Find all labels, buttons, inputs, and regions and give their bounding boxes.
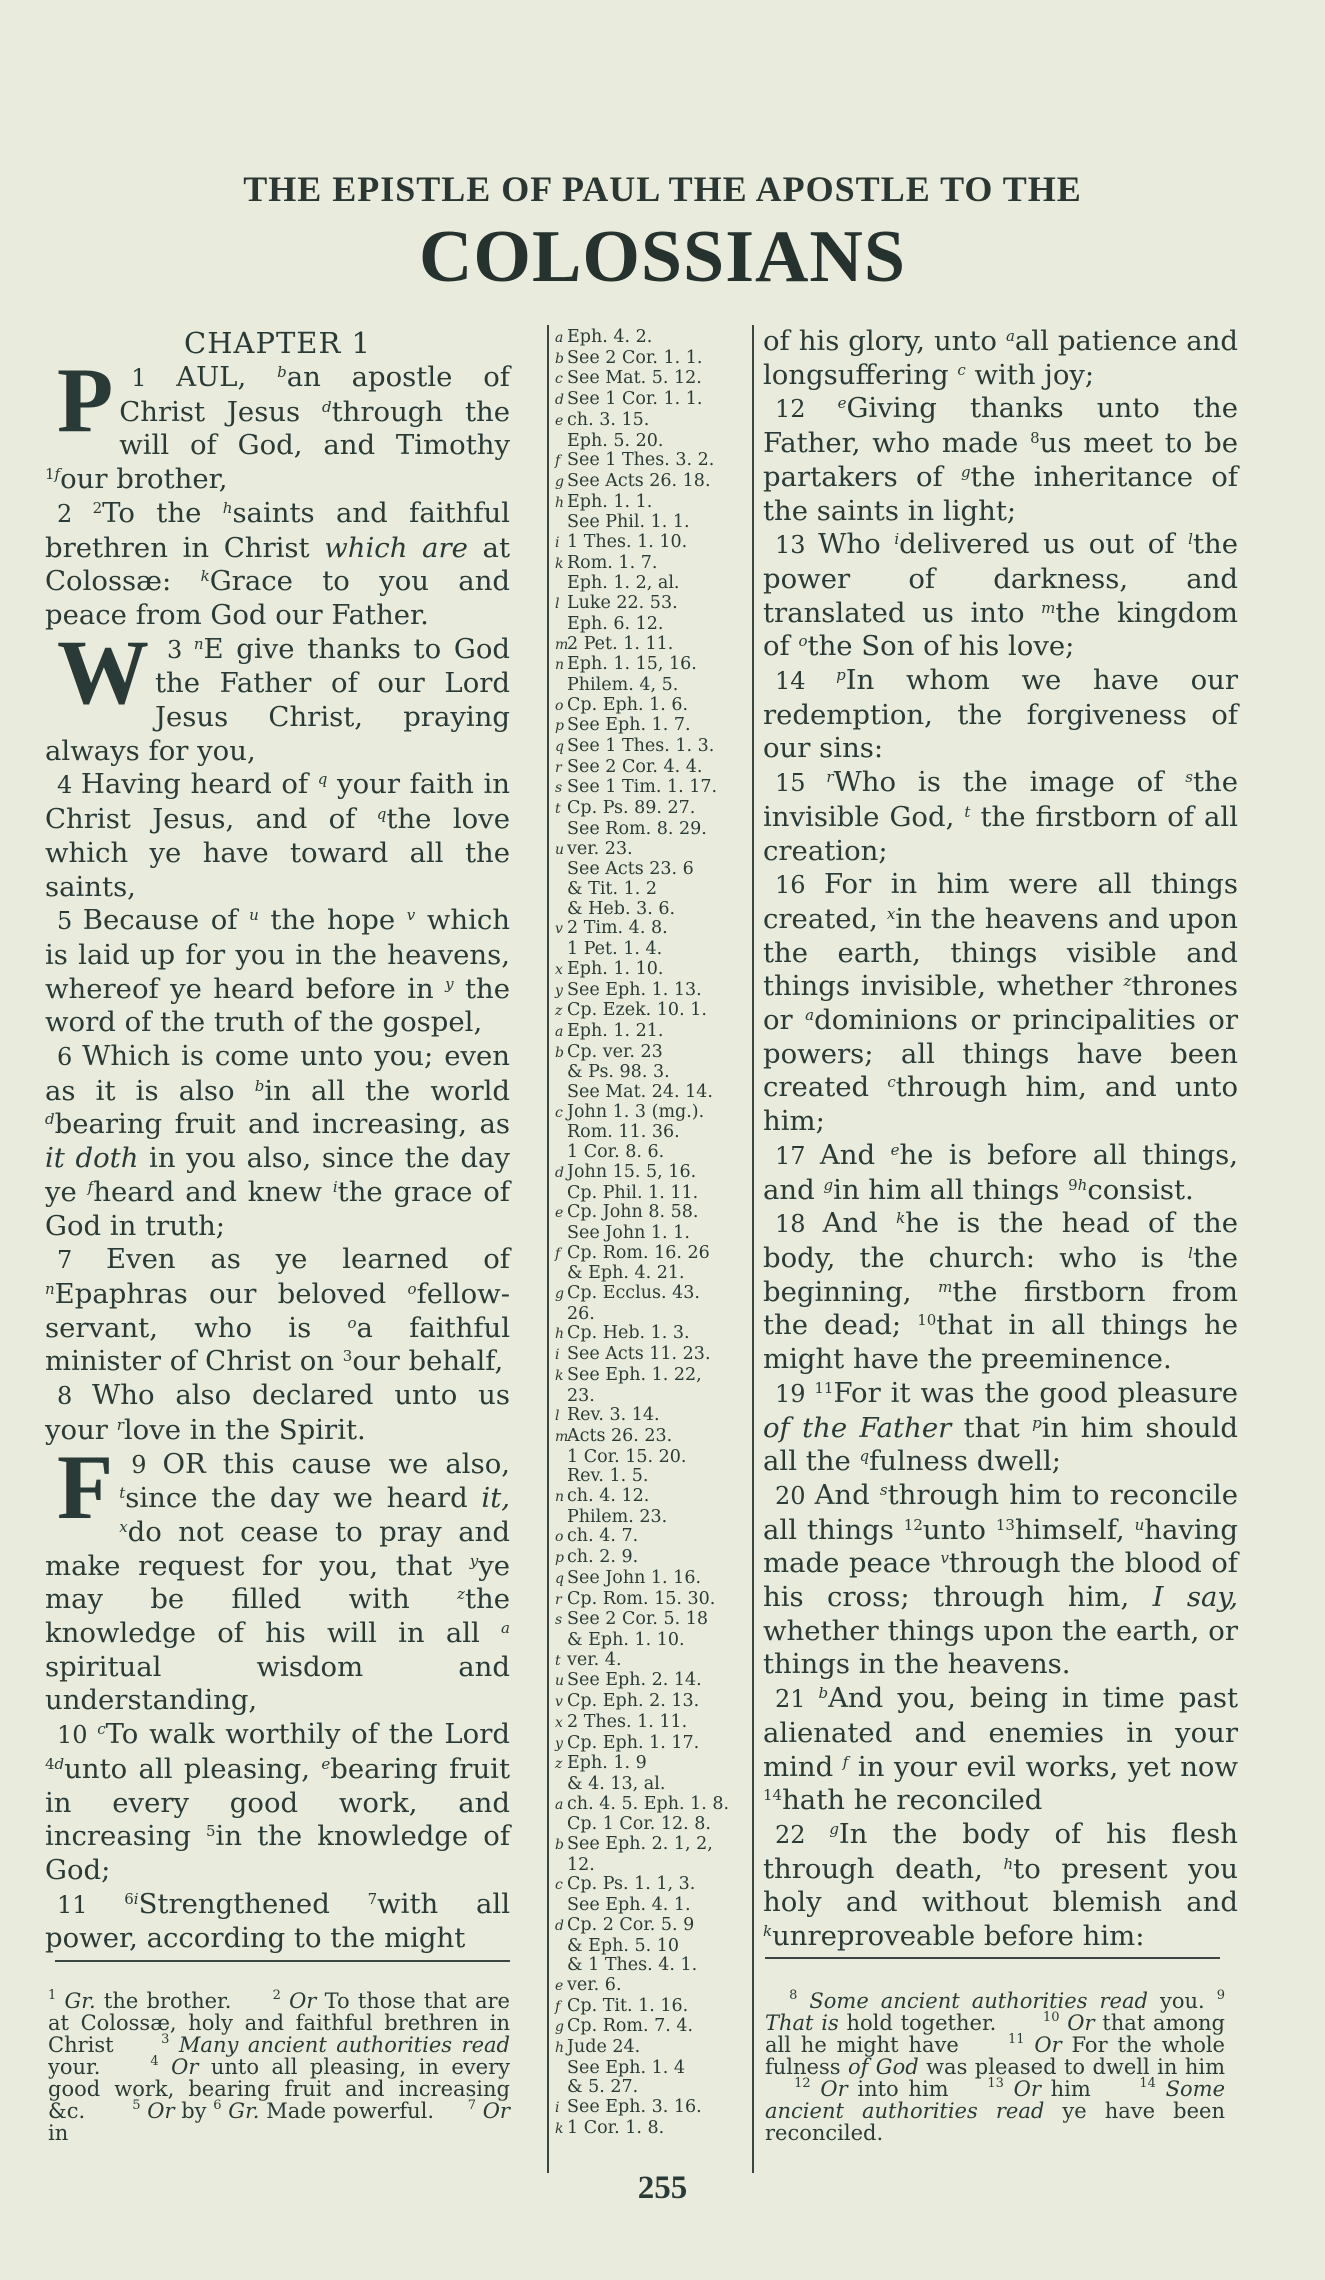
drop-cap: F [45,1452,113,1522]
verses-left: 1 PAUL, ban apostle of Christ Jesus dthr… [45,361,510,1956]
verse-number: 6 [57,1043,82,1071]
cross-reference: fCp. Rom. 16. 26 [555,1244,740,1265]
cross-reference: dCp. 2 Cor. 5. 9 [555,1916,740,1937]
verse: 9 FOR this cause we also, tsince the day… [45,1448,510,1719]
cross-reference: gSee Acts 26. 18. [555,472,740,493]
verse-text: rWho is the image of sthe invisible God,… [763,766,1238,866]
cross-references-column: aEph. 4. 2.bSee 2 Cor. 1. 1.cSee Mat. 5.… [555,328,740,2140]
verse-text: gIn the body of his flesh through death,… [763,1818,1238,1952]
cross-reference: 12. [555,1856,740,1876]
verse-number: 9 [131,1451,162,1479]
verse-number: 12 [775,395,838,423]
cross-reference: ech. 3. 15. [555,411,740,432]
cross-reference: cSee Mat. 5. 12. [555,369,740,390]
cross-reference: & 5. 27. [555,2078,740,2098]
cross-reference: dSee 1 Cor. 1. 1. [555,390,740,411]
cross-reference: qSee 1 Thes. 1. 3. [555,737,740,758]
cross-reference: & Tit. 1. 2 [555,880,740,900]
cross-reference: sSee 1 Tim. 1. 17. [555,778,740,799]
verse: 2 2To the hsaints and faithful brethren … [45,497,510,633]
verse: 14 pIn whom we have our redemption, the … [763,664,1238,766]
drop-cap: P [45,365,113,435]
cross-reference: tver. 4. [555,1651,740,1672]
verse-text: Having heard of q your faith in Christ J… [45,768,510,902]
verse: 16 For in him were all things created, x… [763,868,1238,1139]
cross-reference: 26. [555,1305,740,1325]
verse: 19 11For it was the good pleasure of the… [763,1377,1238,1479]
verse: 1 PAUL, ban apostle of Christ Jesus dthr… [45,361,510,497]
cross-reference: aEph. 4. 2. [555,328,740,349]
verse-number: 4 [57,771,81,799]
cross-reference: Rev. 1. 5. [555,1467,740,1487]
cross-reference: kRom. 1. 7. [555,554,740,575]
verse: of his glory, unto aall patience and lon… [763,325,1238,392]
cross-reference: fSee 1 Thes. 3. 2. [555,451,740,472]
cross-reference: Eph. 1. 2, al. [555,574,740,594]
cross-reference: iSee Eph. 3. 16. [555,2098,740,2119]
column-divider-right [752,325,754,2173]
cross-reference: kSee Eph. 1. 22, [555,1366,740,1387]
cross-reference: See John 1. 1. [555,1224,740,1244]
cross-reference: zEph. 1. 9 [555,1754,740,1775]
verse: 20 And sthrough him to reconcile all thi… [763,1479,1238,1682]
cross-reference: oCp. Eph. 1. 6. [555,696,740,717]
verse-text: bAnd you, being in time past alienated a… [763,1682,1238,1816]
verse-number: 1 [131,364,176,392]
cross-reference: bSee 2 Cor. 1. 1. [555,349,740,370]
verse: 8 Who also declared unto us your rlove i… [45,1379,510,1447]
verse: 5 Because of u the hope v which is laid … [45,904,510,1040]
cross-reference: fCp. Tit. 1. 16. [555,1997,740,2018]
cross-reference: 1 Pet. 1. 4. [555,940,740,960]
footnote-rule-left [55,1960,510,1962]
cross-reference: nEph. 1. 15, 16. [555,655,740,676]
cross-reference: & 4. 13, al. [555,1775,740,1795]
cross-reference: 23. [555,1387,740,1407]
cross-reference: pSee Eph. 1. 7. [555,716,740,737]
verse-number: 2 [57,500,93,528]
cross-reference: m2 Pet. 1. 11. [555,635,740,656]
cross-reference: k1 Cor. 1. 8. [555,2119,740,2140]
bible-page: THE EPISTLE OF PAUL THE APOSTLE TO THE C… [0,0,1325,2280]
cross-reference: lRev. 3. 14. [555,1406,740,1427]
book-title: COLOSSIANS [0,215,1325,300]
footnotes-right: 8 Some ancient authorities read you. 9 T… [765,1990,1225,2144]
cross-reference: dJohn 15. 5, 16. [555,1163,740,1184]
epistle-title-line: THE EPISTLE OF PAUL THE APOSTLE TO THE [0,168,1325,210]
cross-reference: uver. 23. [555,840,740,861]
verse-text: Even as ye learned of nEpaphras our belo… [45,1243,510,1377]
verse: 3 nWE give thanks to God the Father of o… [45,633,510,769]
right-text-column: of his glory, unto aall patience and lon… [763,325,1238,1954]
cross-reference: & Ps. 98. 3. [555,1063,740,1083]
cross-reference: rSee 2 Cor. 4. 4. [555,758,740,779]
verse-text: And khe is the head of the body, the chu… [763,1207,1238,1375]
verse-number: 22 [775,1821,829,1849]
verse-number: 8 [57,1382,92,1410]
verse-text: Because of u the hope v which is laid up… [45,904,510,1038]
cross-reference: hJude 24. [555,2038,740,2059]
cross-reference: yCp. Eph. 1. 17. [555,1734,740,1755]
cross-reference: hEph. 1. 1. [555,493,740,514]
cross-reference: iSee Acts 11. 23. [555,1345,740,1366]
verse-text: For in him were all things created, xin … [763,868,1238,1137]
verse: 22 gIn the body of his flesh through dea… [763,1818,1238,1954]
verse-number: 11 [57,1891,124,1919]
cross-reference: sSee 2 Cor. 5. 18 [555,1610,740,1631]
verse-number: 7 [57,1246,106,1274]
verse-number: 5 [57,907,83,935]
verse-number: 19 [775,1380,814,1408]
verse-number: 21 [775,1685,819,1713]
cross-reference: qSee John 1. 16. [555,1569,740,1590]
verse-text: Who also declared unto us your rlove in … [45,1379,510,1446]
cross-reference: tCp. Ps. 89. 27. [555,799,740,820]
chapter-heading: CHAPTER 1 [45,325,510,361]
verse-text: of his glory, unto aall patience and lon… [763,325,1238,391]
cross-reference: bCp. ver. 23 [555,1043,740,1064]
cross-reference: gCp. Rom. 7. 4. [555,2017,740,2038]
verse-number: 13 [775,531,818,559]
verse: 17 And ehe is before all things, and gin… [763,1139,1238,1207]
column-divider-left [547,325,549,2173]
verse-text: 11For it was the good pleasure of the Fa… [763,1377,1238,1477]
cross-reference: Philem. 23. [555,1508,740,1528]
cross-reference: gCp. Ecclus. 43. [555,1284,740,1305]
cross-reference: bSee Eph. 2. 1, 2, [555,1835,740,1856]
cross-reference: cCp. Ps. 1. 1, 3. [555,1875,740,1896]
drop-cap: W [45,637,149,707]
cross-reference: See Eph. 1. 4 [555,2059,740,2079]
cross-reference: & 1 Thes. 4. 1. [555,1956,740,1976]
verse-number: 3 [167,636,194,664]
cross-reference: zCp. Ezek. 10. 1. [555,1001,740,1022]
cross-reference: nch. 4. 12. [555,1487,740,1508]
verse-text: cTo walk worthily of the Lord 4dunto all… [45,1718,510,1886]
cross-reference: & Eph. 1. 10. [555,1631,740,1651]
verse-number: 17 [775,1142,820,1170]
cross-reference: i1 Thes. 1. 10. [555,533,740,554]
cross-reference: pch. 2. 9. [555,1548,740,1569]
verse: 12 eGiving thanks unto the Father, who m… [763,392,1238,528]
verse-text: 2To the hsaints and faithful brethren in… [45,497,510,631]
cross-reference: uSee Eph. 2. 14. [555,1671,740,1692]
verse-number: 18 [775,1210,823,1238]
verse: 15 rWho is the image of sthe invisible G… [763,766,1238,868]
cross-reference: och. 4. 7. [555,1527,740,1548]
cross-reference: Philem. 4, 5. [555,676,740,696]
cross-reference: eCp. John 8. 58. [555,1203,740,1224]
footnotes-left: 1 Gr. the brother. 2 Or To those that ar… [48,1990,510,2144]
verse-number: 14 [775,667,836,695]
cross-reference: & Eph. 5. 10 [555,1937,740,1957]
cross-reference: lLuke 22. 53. [555,594,740,615]
cross-reference: Cp. 1 Cor. 12. 8. [555,1815,740,1835]
verse-text: AUL, ban apostle of Christ Jesus dthroug… [45,361,510,495]
verse: 13 Who idelivered us out of lthe power o… [763,528,1238,664]
cross-reference: cJohn 1. 3 (mg.). [555,1103,740,1124]
verse-text: Which is come unto you; even as it is al… [45,1040,510,1242]
cross-reference: & Eph. 4. 21. [555,1264,740,1284]
footnote-text: 8 Some ancient authorities read you. 9 T… [765,1990,1225,2144]
cross-reference: Cp. Phil. 1. 11. [555,1184,740,1204]
footnote-rule-right [765,1957,1220,1959]
verses-right: of his glory, unto aall patience and lon… [763,325,1238,1954]
cross-reference: See Mat. 24. 14. [555,1083,740,1103]
cross-reference: v2 Tim. 4. 8. [555,919,740,940]
verse: 11 6iStrengthened 7with all power, accor… [45,1888,510,1956]
cross-reference: ever. 6. [555,1976,740,1997]
verse-text: And ehe is before all things, and gin hi… [763,1139,1238,1206]
cross-reference: 1 Cor. 15. 20. [555,1448,740,1468]
verse-number: 10 [57,1721,97,1749]
verse-text: Who idelivered us out of lthe power of d… [763,528,1238,662]
verse-text: OR this cause we also, tsince the day we… [45,1448,510,1717]
verse: 18 And khe is the head of the body, the … [763,1207,1238,1377]
cross-reference: 1 Cor. 8. 6. [555,1143,740,1163]
cross-reference: mActs 26. 23. [555,1427,740,1448]
verse: 21 bAnd you, being in time past alienate… [763,1682,1238,1818]
cross-reference: See Eph. 4. 1. [555,1896,740,1916]
page-number: 255 [0,2170,1325,2207]
cross-reference: hCp. Heb. 1. 3. [555,1324,740,1345]
cross-reference: Eph. 6. 12. [555,615,740,635]
cross-reference: See Rom. 8. 29. [555,820,740,840]
cross-reference: ySee Eph. 1. 13. [555,981,740,1002]
cross-reference: aEph. 1. 21. [555,1022,740,1043]
verse: 10 cTo walk worthily of the Lord 4dunto … [45,1718,510,1888]
cross-reference: vCp. Eph. 2. 13. [555,1692,740,1713]
verse: 4 Having heard of q your faith in Christ… [45,768,510,904]
cross-reference: Rom. 11. 36. [555,1123,740,1143]
cross-reference: xEph. 1. 10. [555,960,740,981]
verse: 7 Even as ye learned of nEpaphras our be… [45,1243,510,1379]
left-text-column: CHAPTER 1 1 PAUL, ban apostle of Christ … [45,325,510,1956]
cross-reference: See Acts 23. 6 [555,860,740,880]
cross-reference: rCp. Rom. 15. 30. [555,1590,740,1611]
cross-reference: Eph. 5. 20. [555,432,740,452]
verse-number: 20 [775,1482,815,1510]
cross-reference: See Phil. 1. 1. [555,513,740,533]
verse: 6 Which is come unto you; even as it is … [45,1040,510,1243]
verse-number: 15 [775,769,826,797]
cross-reference: x2 Thes. 1. 11. [555,1713,740,1734]
cross-reference: ach. 4. 5. Eph. 1. 8. [555,1795,740,1816]
verse-number: 16 [775,871,824,899]
cross-reference: & Heb. 3. 6. [555,900,740,920]
footnote-text: 1 Gr. the brother. 2 Or To those that ar… [48,1990,510,2144]
verse-text: And sthrough him to reconcile all things… [763,1479,1238,1681]
